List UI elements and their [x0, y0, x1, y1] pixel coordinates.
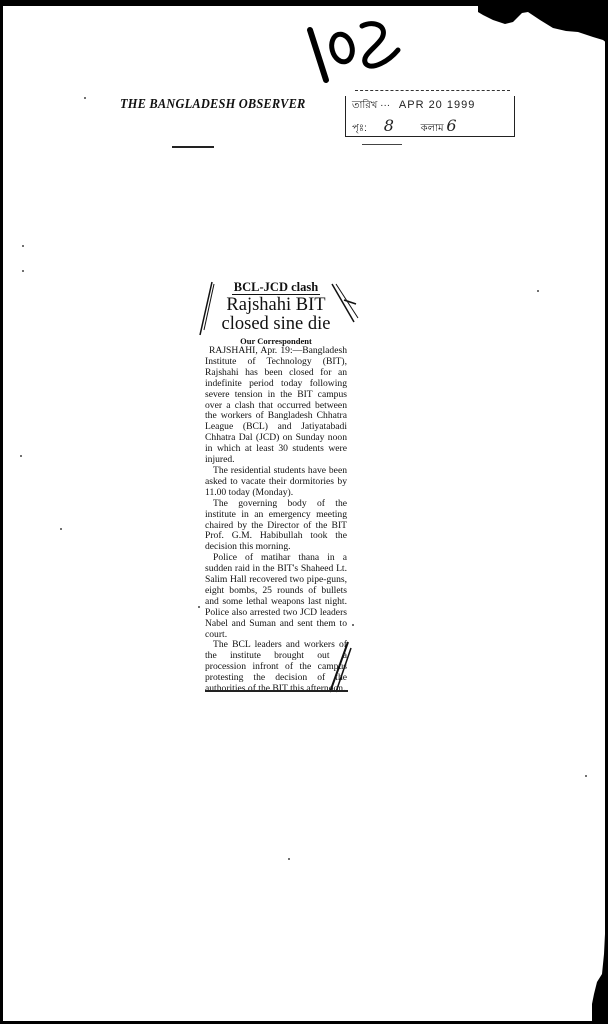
torn-corner-top-right [478, 0, 608, 45]
scan-border-left [0, 0, 3, 1024]
scan-speck [352, 624, 354, 626]
scan-speck [22, 245, 24, 247]
article-paragraph: The BCL leaders and workers of the insti… [205, 640, 347, 695]
article-paragraph: The governing body of the institute in a… [205, 499, 347, 554]
stamp-date-row: তারিখ ··· APR 20 1999 [352, 98, 475, 115]
newspaper-masthead: THE BANGLADESH OBSERVER [120, 96, 306, 112]
stamp-column-label: কলাম [421, 123, 444, 134]
masthead-rule [172, 146, 214, 148]
scan-speck [198, 606, 200, 608]
article-paragraph: Police of matihar thana in a sudden raid… [205, 553, 347, 640]
article-paragraph: RAJSHAHI, Apr. 19:—Bangladesh Institute … [205, 346, 347, 466]
headline-line-2: closed sine die [205, 315, 347, 334]
stamp-top-line [355, 90, 510, 91]
article-body: RAJSHAHI, Apr. 19:—Bangladesh Institute … [205, 346, 347, 695]
scan-speck [288, 858, 290, 860]
scan-speck [84, 97, 86, 99]
scan-speck [22, 270, 24, 272]
torn-corner-bottom-right [588, 934, 608, 1024]
article-kicker: BCL-JCD clash [205, 280, 347, 295]
scan-speck [60, 528, 62, 530]
article-headline: Rajshahi BIT closed sine die [205, 296, 347, 334]
scan-speck [585, 775, 587, 777]
scanned-page: 102 THE BANGLADESH OBSERVER তারিখ ··· AP… [0, 0, 608, 1024]
article-paragraph: The residential students have been asked… [205, 466, 347, 499]
stamp-column-value: 6 [446, 116, 456, 135]
stamp-page-row: পৃঃ: 8 কলাম 6 [352, 116, 457, 138]
stamp-date: APR 20 1999 [399, 99, 475, 111]
stamp-date-label: তারিখ ··· [352, 100, 390, 111]
news-clipping: BCL-JCD clash Rajshahi BIT closed sine d… [205, 280, 347, 695]
scan-speck [537, 290, 539, 292]
clipping-bottom-rule [205, 690, 348, 692]
headline-line-1: Rajshahi BIT [205, 296, 347, 315]
stamp-page-value: 8 [384, 116, 394, 135]
article-kicker-text: BCL-JCD clash [232, 280, 320, 295]
handwritten-page-number: 102 [302, 18, 412, 88]
scan-speck [20, 455, 22, 457]
stamp-page-label: পৃঃ: [352, 123, 367, 134]
stamp-underline [362, 144, 402, 145]
